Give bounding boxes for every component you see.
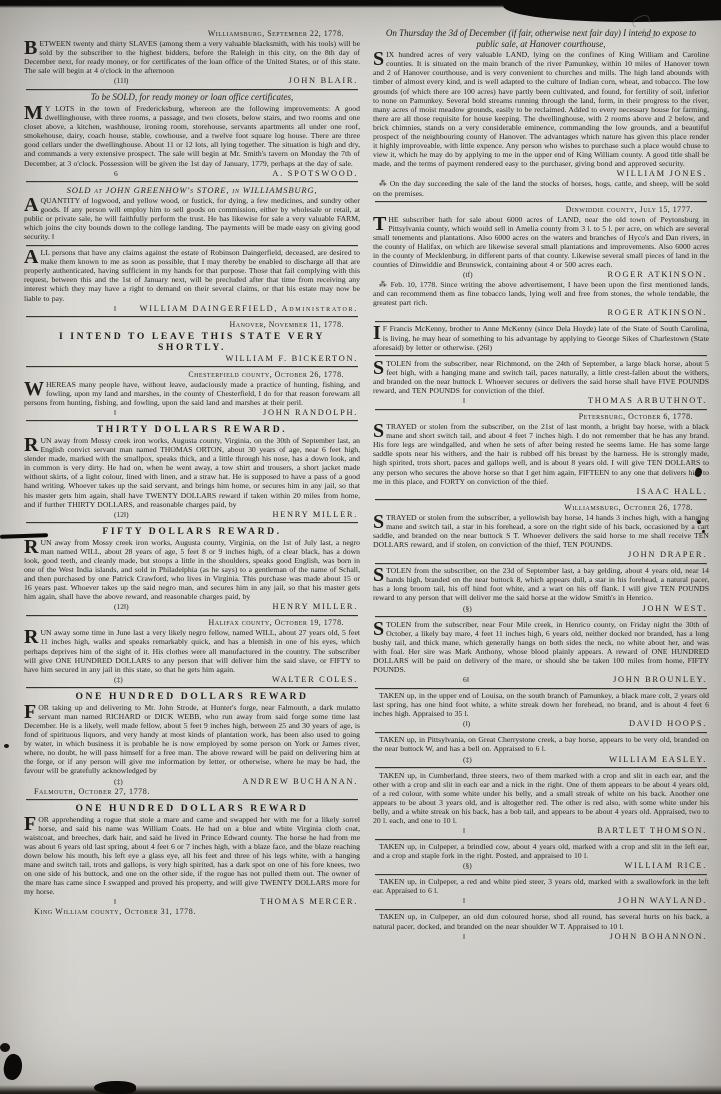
signature-mark: ‖ [463,932,465,941]
ad-body-text: TOLEN from the subscriber, on the 23d of… [373,566,709,602]
signature-name: JOHN BOHANNON. [610,932,707,941]
ad-signature-row: (§)JOHN WEST. [463,604,707,613]
ad-divider-rule [375,355,707,356]
ad-body-text: TRAYED or stolen from the subscriber, a … [373,513,709,549]
ad-body-text: TOLEN from the subscriber, near Four Mil… [373,620,709,674]
ad-signature-row: 6A. SPOTSWOOD. [114,169,358,178]
signature-name: JOHN WAYLAND. [618,896,707,905]
columns-container: Williamsburg, September 22, 1778.BETWEEN… [24,27,709,942]
signature-name: WALTER COLES. [272,675,358,684]
ad-paragraph: RUN away from Mossy creek iron works, Au… [24,436,360,509]
advertisement: ONE HUNDRED DOLLARS REWARDFOR taking up … [24,691,360,796]
drop-cap: A [24,248,40,265]
column-right: On Thursday the 3d of December (if fair,… [373,27,709,942]
ad-paragraph: RUN away some time in June last a very l… [24,628,360,673]
ad-paragraph: STOLEN from the subscriber, near Richmon… [373,359,709,395]
ad-divider-rule [26,316,358,317]
ad-signature-row: ‖JOHN BOHANNON. [463,932,707,941]
advertisement: IF Francis McKenny, brother to Anne McKe… [373,324,709,351]
newspaper-page: Williamsburg, September 22, 1778.BETWEEN… [0,0,721,1094]
ad-body-text: LL persons that have any claims against … [24,248,360,302]
advertisement: STOLEN from the subscriber, near Four Mi… [373,620,709,685]
signature-name: WILLIAM RICE. [624,861,707,870]
ad-body-text: TAKEN up, in Culpeper, an old dun colour… [373,912,709,930]
ad-signature-row: WILLIAM F. BICKERTON. [114,354,358,363]
ad-divider-rule [26,366,358,367]
ad-signature-row: (tf)ROGER ATKINSON. [463,270,707,279]
signature-name: A. SPOTSWOOD. [272,169,358,178]
ad-divider-rule [375,688,707,689]
ad-signature-row: ‖WILLIAM DAINGERFIELD, Administrator. [114,304,358,313]
ad-paragraph: FOR taking up and delivering to Mr. John… [24,703,360,776]
signature-mark: ‖ [114,897,116,906]
ad-signature-row: ISAAC HALL. [463,487,707,496]
ink-speck [4,744,9,748]
advertisement: TAKEN up, in the upper end of Louisa, on… [373,691,709,728]
advertisement: Halifax county, October 19, 1778.RUN awa… [24,618,360,683]
ad-body-text: TAKEN up, in Pittsylvania, on Great Cher… [373,735,709,753]
ad-body-text: HE subscriber hath for sale about 6000 a… [373,215,709,269]
ad-place-date: Falmouth, October 27, 1778. [34,787,360,796]
signature-mark: ‖ [114,304,116,313]
ad-signature-row: (12‖)HENRY MILLER. [114,602,358,611]
signature-name: JOHN BROUNLEY. [613,675,707,684]
drop-cap: S [373,359,386,376]
signature-mark: (‖) [463,719,470,728]
ad-divider-rule [26,181,358,182]
signature-name: THOMAS MERCER. [260,897,358,906]
ad-paragraph: STOLEN from the subscriber, near Four Mi… [373,620,709,675]
signature-name: DAVID HOOPS. [629,719,707,728]
signature-name: JOHN BLAIR. [289,76,358,85]
signature-mark: (§) [463,604,472,613]
ad-paragraph: ALL persons that have any claims against… [24,248,360,303]
advertisement: STOLEN from the subscriber, on the 23d o… [373,566,709,612]
signature-mark: (tf) [463,270,473,279]
advertisement: SOLD at JOHN GREENHOW's STORE, in WILLIA… [24,185,360,241]
ad-divider-rule [375,201,707,202]
ad-divider-rule [375,616,707,617]
advertisement: Dinwiddie county, July 15, 1777.THE subs… [373,205,709,318]
drop-cap: T [373,215,388,232]
signature-name: ROGER ATKINSON. [608,270,707,279]
ad-divider-rule [375,839,707,840]
ad-signature-row: ‖BARTLET THOMSON. [463,826,707,835]
ad-body-text: TAKEN up, in Cumberland, three steers, t… [373,771,709,826]
drop-cap: S [373,422,386,439]
ad-body-text: IX hundred acres of very valuable LAND, … [373,50,709,168]
advertisement: Chesterfield county, October 26, 1778.WH… [24,370,360,417]
ink-speck [697,520,701,524]
drop-cap: S [373,620,386,637]
signature-name: JOHN RANDOLPH. [263,408,358,417]
signature-mark: ‖ [114,408,116,417]
ink-speck [702,530,705,533]
ad-signature-row: WILLIAM JONES. [463,169,707,178]
signature-name: ANDREW BUCHANAN. [243,777,358,786]
ad-signature-row: (‡)WILLIAM EASLEY. [463,755,707,764]
ad-body-text: OR taking up and delivering to Mr. John … [24,703,360,776]
ad-divider-rule [375,909,707,910]
advertisement: STOLEN from the subscriber, near Richmon… [373,359,709,405]
signature-mark: ‖ [463,396,465,405]
drop-cap: S [373,50,386,67]
ad-body-text: UN away some time in June last a very li… [24,628,360,673]
ad-body-text: TAKEN up, in Culpeper, a brindled cow, a… [373,842,709,860]
signature-name: JOHN DRAPER. [628,550,707,559]
ad-heading: ONE HUNDRED DOLLARS REWARD [24,803,360,814]
ad-body-text: ⁂ On the day succeeding the sale of the … [373,179,709,197]
drop-cap: B [24,39,39,56]
signature-mark: (11‖) [114,76,128,85]
ad-divider-rule [375,874,707,875]
ad-paragraph: MY LOTS in the town of Fredericksburg, w… [24,104,360,168]
advertisement: Petersburg, October 6, 1778.STRAYED or s… [373,412,709,496]
advertisement: TAKEN up, in Culpeper, an old dun colour… [373,912,709,940]
ad-signature-row: (‡)WALTER COLES. [114,675,358,684]
ad-body-text: TRAYED or stolen from the subscriber, on… [373,422,709,486]
drop-cap: W [24,380,46,397]
pencil-mark [618,14,664,44]
ad-heading: FIFTY DOLLARS REWARD. [24,526,360,537]
signature-name: HENRY MILLER. [272,602,358,611]
ad-paragraph: STOLEN from the subscriber, on the 23d o… [373,566,709,602]
ad-dateline: Halifax county, October 19, 1778. [24,618,360,627]
advertisement: TAKEN up, in Culpeper, a brindled cow, a… [373,842,709,870]
drop-cap: S [373,566,386,583]
ad-body-text: Y LOTS in the town of Fredericksburg, wh… [24,104,360,168]
ad-dateline: Chesterfield county, October 26, 1778. [24,370,360,379]
signature-mark: (‡) [114,675,123,684]
ad-heading: SOLD at JOHN GREENHOW's STORE, in WILLIA… [24,185,360,195]
ad-paragraph: STRAYED or stolen from the subscriber, o… [373,422,709,486]
signature-name: THOMAS ARBUTHNOT. [588,396,707,405]
ad-signature-row: JOHN DRAPER. [463,550,707,559]
drop-cap: F [24,703,38,720]
ad-signature-row: (‖)DAVID HOOPS. [463,719,707,728]
ad-divider-rule [26,420,358,421]
drop-cap: M [24,104,45,121]
ad-signature-row: ‖THOMAS MERCER. [114,897,358,906]
signature-mark: 6 [114,169,118,178]
advertisement: Williamsburg, October 26, 1778.STRAYED o… [373,503,709,559]
ad-dateline: Hanover, November 11, 1778. [24,320,360,329]
scan-edge-top-right [503,0,721,26]
ad-body-text: TAKEN up, in the upper end of Louisa, on… [373,691,709,718]
ink-blot [94,1081,136,1094]
advertisement: On Thursday the 3d of December (if fair,… [373,28,709,198]
ad-divider-rule [375,321,707,322]
ad-signature-row: ‖JOHN WAYLAND. [463,896,707,905]
ad-signature-row: 6‖JOHN BROUNLEY. [463,675,707,684]
signature-name: WILLIAM JONES. [617,169,707,178]
ad-paragraph: AQUANTITY of logwood, and yellow wood, o… [24,196,360,241]
ad-heading: I INTEND TO LEAVE THIS STATE VERY SHORTL… [24,331,360,353]
ad-place-date: King William county, October 31, 1778. [34,907,360,916]
ad-body-text: QUANTITY of logwood, and yellow wood, or… [24,196,360,241]
signature-mark: 6‖ [463,675,469,684]
ad-divider-rule [375,499,707,500]
ad-signature-row: ‖JOHN RANDOLPH. [114,408,358,417]
ad-paragraph: IF Francis McKenny, brother to Anne McKe… [373,324,709,351]
signature-mark: ‖ [463,826,465,835]
drop-cap: R [24,436,40,453]
ad-dateline: Williamsburg, September 22, 1778. [24,29,360,38]
ad-signature-row: ‖THOMAS ARBUTHNOT. [463,396,707,405]
advertisement: To be SOLD, for ready money or loan offi… [24,92,360,177]
advertisement: TAKEN up, in Cumberland, three steers, t… [373,771,709,836]
drop-cap: A [24,196,40,213]
ad-body-text: OR apprehending a rogue that stole a mar… [24,815,360,897]
advertisement: ONE HUNDRED DOLLARS REWARDFOR apprehendi… [24,803,360,917]
ad-heading: ONE HUNDRED DOLLARS REWARD [24,691,360,702]
ad-divider-rule [26,89,358,90]
signature-mark: (‡) [114,777,123,786]
ad-body-text: ⁂ Feb. 10, 1778. Since writing the above… [373,280,709,307]
ad-body-text: TAKEN up, in Culpeper, a red and white p… [373,877,709,895]
ad-signature-row: (§)WILLIAM RICE. [463,861,707,870]
ad-body-text: ETWEEN twenty and thirty SLAVES (among t… [24,39,360,75]
drop-cap: R [24,538,40,555]
advertisement: FIFTY DOLLARS REWARD.RUN away from Mossy… [24,526,360,612]
signature-mark: (§) [463,861,472,870]
ad-divider-rule [26,245,358,246]
ink-blot [1,1052,25,1082]
advertisement: TAKEN up, in Pittsylvania, on Great Cher… [373,735,709,763]
drop-cap: S [373,513,386,530]
ad-signature-row: (12‖)HENRY MILLER. [114,510,358,519]
ad-heading-italic: To be SOLD, for ready money or loan offi… [28,92,356,103]
ad-signature-row: (‡)ANDREW BUCHANAN. [114,777,358,786]
ad-signature-row: (11‖)JOHN BLAIR. [114,76,358,85]
ad-body-text: TOLEN from the subscriber, near Richmond… [373,359,709,395]
signature-name: WILLIAM DAINGERFIELD, Administrator. [140,304,358,313]
ad-divider-rule [26,799,358,800]
ad-divider-rule [375,409,707,410]
ad-paragraph: STRAYED or stolen from the subscriber, a… [373,513,709,549]
ad-paragraph: RUN away from Mossy creek iron works, Au… [24,538,360,602]
ad-dateline: Dinwiddie county, July 15, 1777. [373,205,709,214]
advertisement: Williamsburg, September 22, 1778.BETWEEN… [24,29,360,85]
ad-divider-rule [375,767,707,768]
signature-mark: (12‖) [114,510,129,519]
ad-paragraph: THE subscriber hath for sale about 6000 … [373,215,709,270]
drop-cap: I [373,324,383,341]
ad-heading: THIRTY DOLLARS REWARD. [24,424,360,435]
advertisement: Hanover, November 11, 1778.I INTEND TO L… [24,320,360,363]
column-left: Williamsburg, September 22, 1778.BETWEEN… [24,27,360,942]
ad-body-text: UN away from Mossy creek iron works, Aug… [24,538,360,602]
ad-body-text: UN away from Mossy creek iron works, Aug… [24,436,360,509]
ad-dateline: Williamsburg, October 26, 1778. [373,503,709,512]
advertisement: TAKEN up, in Culpeper, a red and white p… [373,877,709,905]
signature-name: BARTLET THOMSON. [597,826,707,835]
signature-name: HENRY MILLER. [272,510,358,519]
signature-name: ISAAC HALL. [637,487,707,496]
ad-signature-row: ROGER ATKINSON. [463,308,707,317]
ad-paragraph: SIX hundred acres of very valuable LAND,… [373,50,709,168]
signature-mark: (‡) [463,755,472,764]
ad-paragraph: FOR apprehending a rogue that stole a ma… [24,815,360,897]
drop-cap: R [24,628,40,645]
drop-cap: F [24,815,38,832]
ad-divider-rule [26,522,358,523]
ad-divider-rule [26,615,358,616]
signature-name: ROGER ATKINSON. [608,308,707,317]
ad-divider-rule [26,687,358,688]
ink-blot [0,1043,10,1052]
ad-divider-rule [375,563,707,564]
advertisement: THIRTY DOLLARS REWARD.RUN away from Moss… [24,424,360,519]
ad-paragraph: BETWEEN twenty and thirty SLAVES (among … [24,39,360,75]
ad-body-text: HEREAS many people have, without leave, … [24,380,360,407]
signature-name: WILLIAM F. BICKERTON. [225,354,358,363]
signature-name: WILLIAM EASLEY. [609,755,707,764]
signature-name: JOHN WEST. [642,604,707,613]
advertisement: ALL persons that have any claims against… [24,248,360,313]
signature-mark: (12‖) [114,602,129,611]
ad-dateline: Petersburg, October 6, 1778. [373,412,709,421]
ad-body-text: F Francis McKenny, brother to Anne McKen… [373,324,709,351]
ad-paragraph: WHEREAS many people have, without leave,… [24,380,360,407]
signature-mark: ‖ [463,896,465,905]
ad-divider-rule [375,732,707,733]
